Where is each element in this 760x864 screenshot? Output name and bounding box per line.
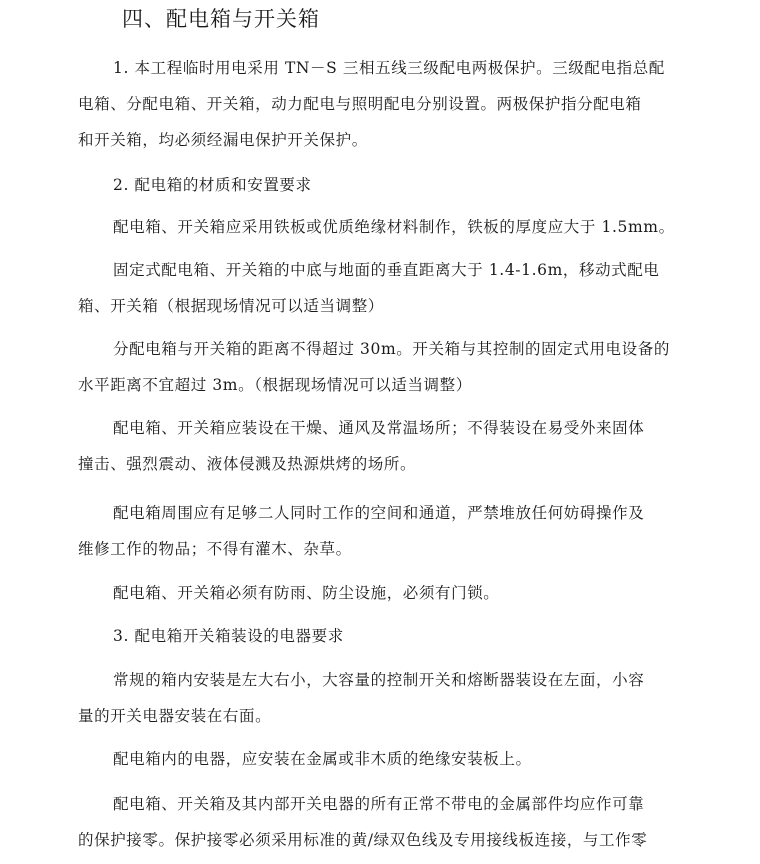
text-line: 配电箱、开关箱必须有防雨、防尘设施，必须有门锁。: [113, 583, 708, 603]
text-line: 的保护接零。保护接零必须采用标准的黄/绿双色线及专用接线板连接，与工作零: [78, 830, 708, 850]
text-line: 箱、开关箱（根据现场情况可以适当调整）: [78, 296, 708, 316]
text-line: 分配电箱与开关箱的距离不得超过 30m。开关箱与其控制的固定式用电设备的: [113, 339, 708, 359]
text-line: 配电箱周围应有足够二人同时工作的空间和通道，严禁堆放任何妨碍操作及: [113, 503, 708, 523]
text-line: 1. 本工程临时用电采用 TN－S 三相五线三级配电两极保护。三级配电指总配: [113, 58, 708, 78]
text-line: 维修工作的物品；不得有灌木、杂草。: [78, 539, 708, 559]
text-line: 电箱、分配电箱、开关箱，动力配电与照明配电分别设置。两极保护指分配电箱: [78, 94, 708, 114]
text-line: 配电箱内的电器，应安装在金属或非木质的绝缘安装板上。: [113, 749, 708, 769]
section-heading: 四、配电箱与开关箱: [122, 3, 320, 33]
text-line: 3. 配电箱开关箱装设的电器要求: [113, 626, 708, 646]
text-line: 配电箱、开关箱应装设在干燥、通风及常温场所；不得装设在易受外来固体: [113, 418, 708, 438]
text-line: 配电箱、开关箱及其内部开关电器的所有正常不带电的金属部件均应作可靠: [113, 794, 708, 814]
text-line: 撞击、强烈震动、液体侵溅及热源烘烤的场所。: [78, 454, 708, 474]
text-line: 配电箱、开关箱应采用铁板或优质绝缘材料制作，铁板的厚度应大于 1.5mm。: [113, 217, 708, 237]
text-line: 水平距离不宜超过 3m。（根据现场情况可以适当调整）: [78, 375, 708, 395]
text-line: 固定式配电箱、开关箱的中底与地面的垂直距离大于 1.4-1.6m，移动式配电: [113, 260, 708, 280]
text-line: 2. 配电箱的材质和安置要求: [113, 175, 708, 195]
text-line: 量的开关电器安装在右面。: [78, 706, 708, 726]
text-line: 和开关箱，均必须经漏电保护开关保护。: [78, 130, 708, 150]
text-line: 常规的箱内安装是左大右小，大容量的控制开关和熔断器装设在左面，小容: [113, 670, 708, 690]
